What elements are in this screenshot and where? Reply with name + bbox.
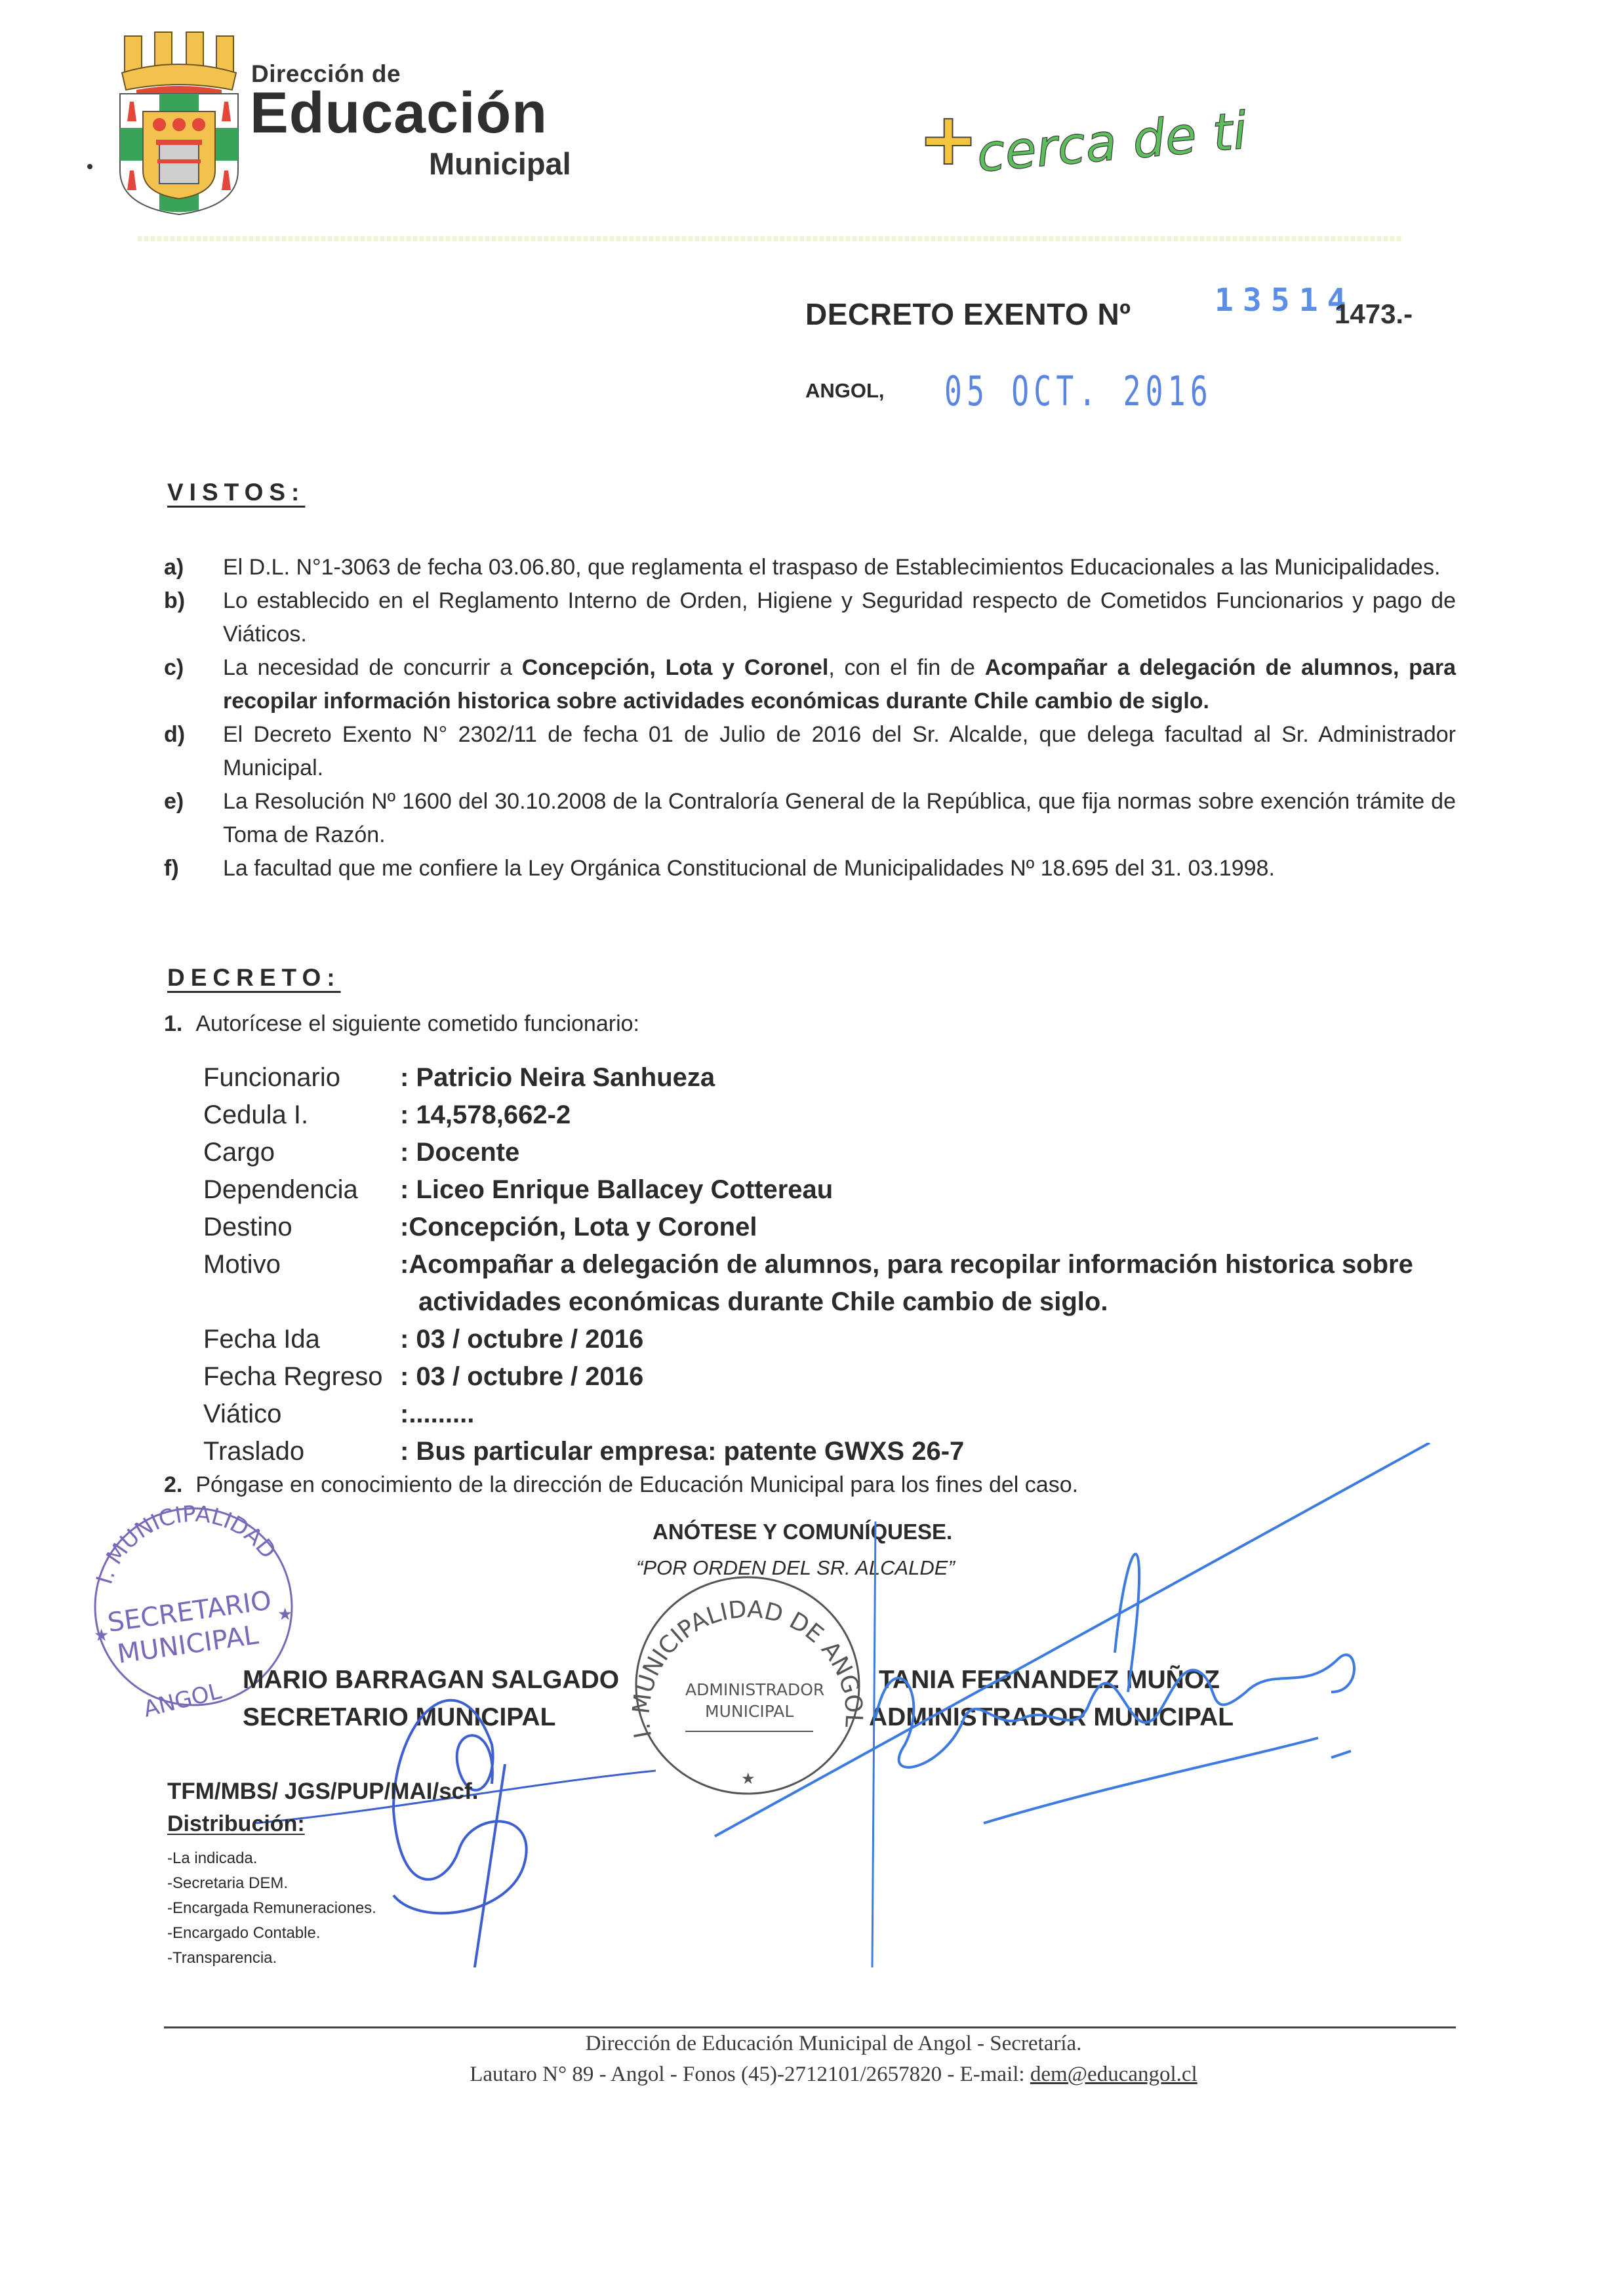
detail-label: Cedula I. bbox=[203, 1097, 400, 1134]
administrador-name: TANIA FERNANDEZ MUÑOZ bbox=[879, 1666, 1220, 1695]
svg-text:★: ★ bbox=[741, 1770, 755, 1788]
place-label: ANGOL, bbox=[805, 379, 885, 403]
svg-text:★: ★ bbox=[94, 1625, 109, 1645]
visto-letter: f) bbox=[164, 852, 223, 885]
item-number: 2. bbox=[164, 1472, 182, 1497]
detail-value: : 14,578,662-2 bbox=[400, 1097, 1456, 1134]
item-number: 1. bbox=[164, 1011, 182, 1036]
footer-line-1: Dirección de Educación Municipal de Ango… bbox=[0, 2032, 1608, 2056]
detail-value: : Docente bbox=[400, 1134, 1456, 1171]
detail-row-cargo: Cargo : Docente bbox=[203, 1134, 1456, 1171]
visto-text: El Decreto Exento N° 2302/11 de fecha 01… bbox=[223, 718, 1456, 785]
visto-text: La Resolución Nº 1600 del 30.10.2008 de … bbox=[223, 785, 1456, 852]
detail-value: :Concepción, Lota y Coronel bbox=[400, 1209, 1456, 1246]
slogan-logo: + cerca de ti bbox=[905, 98, 1298, 184]
footer-line-2: Lautaro N° 89 - Angol - Fonos (45)-27121… bbox=[0, 2063, 1608, 2087]
brand-line-3: Municipal bbox=[429, 146, 571, 182]
header-divider bbox=[138, 236, 1403, 241]
slogan-plus-icon: + bbox=[918, 98, 978, 181]
administrador-stamp-icon: I. MUNICIPALIDAD DE ANGOL ADMINISTRADOR … bbox=[623, 1567, 872, 1803]
brand-line-2: Educación bbox=[250, 84, 548, 142]
visto-item-e: e) La Resolución Nº 1600 del 30.10.2008 … bbox=[164, 785, 1456, 852]
cometido-details: Funcionario : Patricio Neira Sanhueza Ce… bbox=[203, 1059, 1456, 1470]
visto-letter: e) bbox=[164, 785, 223, 852]
detail-value: : Patricio Neira Sanhueza bbox=[400, 1059, 1456, 1097]
svg-text:I. MUNICIPALIDAD: I. MUNICIPALIDAD bbox=[91, 1501, 281, 1588]
svg-text:ADMINISTRADOR: ADMINISTRADOR bbox=[685, 1680, 824, 1699]
decreto-heading: DECRETO: bbox=[167, 964, 341, 992]
visto-text: La necesidad de concurrir a Concepción, … bbox=[223, 651, 1456, 718]
detail-row-dependencia: Dependencia : Liceo Enrique Ballacey Cot… bbox=[203, 1171, 1456, 1209]
visto-item-a: a) El D.L. N°1-3063 de fecha 03.06.80, q… bbox=[164, 551, 1456, 584]
vistos-heading: VISTOS: bbox=[167, 479, 305, 506]
municipal-crest-icon bbox=[117, 30, 241, 216]
detail-label: Cargo bbox=[203, 1134, 400, 1171]
item-text: Póngase en conocimiento de la dirección … bbox=[195, 1472, 1078, 1497]
item-text: Autorícese el siguiente cometido funcion… bbox=[195, 1011, 639, 1036]
visto-letter: d) bbox=[164, 718, 223, 785]
reference-initials: TFM/MBS/ JGS/PUP/MAI/scf. bbox=[167, 1779, 479, 1805]
distribution-item: -La indicada. bbox=[167, 1846, 376, 1871]
visto-letter: b) bbox=[164, 584, 223, 651]
visto-letter: c) bbox=[164, 651, 223, 718]
detail-value: : 03 / octubre / 2016 bbox=[400, 1358, 1456, 1396]
visto-destination: Concepción, Lota y Coronel bbox=[522, 655, 829, 680]
visto-text: Lo establecido en el Reglamento Interno … bbox=[223, 584, 1456, 651]
detail-label: Fecha Regreso bbox=[203, 1358, 400, 1396]
slogan-text: cerca de ti bbox=[975, 102, 1250, 184]
svg-text:ANGOL: ANGOL bbox=[141, 1678, 224, 1718]
distribution-item: -Encargado Contable. bbox=[167, 1921, 376, 1946]
visto-text: El D.L. N°1-3063 de fecha 03.06.80, que … bbox=[223, 551, 1456, 584]
detail-row-funcionario: Funcionario : Patricio Neira Sanhueza bbox=[203, 1059, 1456, 1097]
footer-email-link[interactable]: dem@educangol.cl bbox=[1030, 2063, 1197, 2086]
anotese-line: ANÓTESE Y COMUNÍQUESE. bbox=[653, 1520, 952, 1544]
detail-row-cedula: Cedula I. : 14,578,662-2 bbox=[203, 1097, 1456, 1134]
secretario-name: MARIO BARRAGAN SALGADO bbox=[243, 1666, 619, 1695]
secretario-signature-icon bbox=[393, 1701, 527, 1914]
visto-item-f: f) La facultad que me confiere la Ley Or… bbox=[164, 852, 1456, 885]
distribution-heading: Distribución: bbox=[167, 1811, 305, 1837]
detail-label: Dependencia bbox=[203, 1171, 400, 1209]
detail-value: : Bus particular empresa: patente GWXS 2… bbox=[400, 1433, 1456, 1470]
visto-text: La facultad que me confiere la Ley Orgán… bbox=[223, 852, 1456, 885]
distribution-list: -La indicada. -Secretaria DEM. -Encargad… bbox=[167, 1846, 376, 1971]
detail-row-fecha-ida: Fecha Ida : 03 / octubre / 2016 bbox=[203, 1321, 1456, 1358]
detail-label: Motivo bbox=[203, 1246, 400, 1321]
detail-row-traslado: Traslado : Bus particular empresa: paten… bbox=[203, 1433, 1456, 1470]
detail-label: Traslado bbox=[203, 1433, 400, 1470]
detail-label: Funcionario bbox=[203, 1059, 400, 1097]
distribution-item: -Secretaria DEM. bbox=[167, 1871, 376, 1896]
distribution-item: -Transparencia. bbox=[167, 1946, 376, 1971]
scan-artifact bbox=[87, 164, 92, 169]
detail-row-fecha-regreso: Fecha Regreso : 03 / octubre / 2016 bbox=[203, 1358, 1456, 1396]
decreto-item-2: 2.Póngase en conocimiento de la direcció… bbox=[164, 1472, 1078, 1498]
typed-decree-number: 1473.- bbox=[1335, 298, 1413, 330]
detail-value: :......... bbox=[400, 1396, 1456, 1433]
detail-label: Destino bbox=[203, 1209, 400, 1246]
secretario-title: SECRETARIO MUNICIPAL bbox=[243, 1703, 555, 1732]
detail-label: Viático bbox=[203, 1396, 400, 1433]
detail-value: : 03 / octubre / 2016 bbox=[400, 1321, 1456, 1358]
decree-title: DECRETO EXENTO Nº bbox=[805, 296, 1131, 332]
detail-row-motivo: Motivo :Acompañar a delegación de alumno… bbox=[203, 1246, 1456, 1321]
administrador-title: ADMINISTRADOR MUNICIPAL bbox=[869, 1703, 1234, 1732]
visto-item-b: b) Lo establecido en el Reglamento Inter… bbox=[164, 584, 1456, 651]
vistos-list: a) El D.L. N°1-3063 de fecha 03.06.80, q… bbox=[164, 551, 1456, 885]
detail-value: :Acompañar a delegación de alumnos, para… bbox=[400, 1246, 1456, 1321]
detail-value: : Liceo Enrique Ballacey Cottereau bbox=[400, 1171, 1456, 1209]
footer-address: Lautaro N° 89 - Angol - Fonos (45)-27121… bbox=[470, 2063, 1030, 2086]
distribution-item: -Encargada Remuneraciones. bbox=[167, 1896, 376, 1921]
visto-item-d: d) El Decreto Exento N° 2302/11 de fecha… bbox=[164, 718, 1456, 785]
svg-text:MUNICIPAL: MUNICIPAL bbox=[705, 1702, 794, 1721]
stamped-date: 05 OCT. 2016 bbox=[944, 367, 1213, 415]
visto-letter: a) bbox=[164, 551, 223, 584]
detail-row-viatico: Viático :......... bbox=[203, 1396, 1456, 1433]
decreto-item-1: 1.Autorícese el siguiente cometido funci… bbox=[164, 1011, 639, 1037]
svg-text:★: ★ bbox=[277, 1604, 292, 1624]
detail-row-destino: Destino :Concepción, Lota y Coronel bbox=[203, 1209, 1456, 1246]
detail-label: Fecha Ida bbox=[203, 1321, 400, 1358]
footer-divider bbox=[164, 2026, 1456, 2028]
visto-item-c: c) La necesidad de concurrir a Concepció… bbox=[164, 651, 1456, 718]
